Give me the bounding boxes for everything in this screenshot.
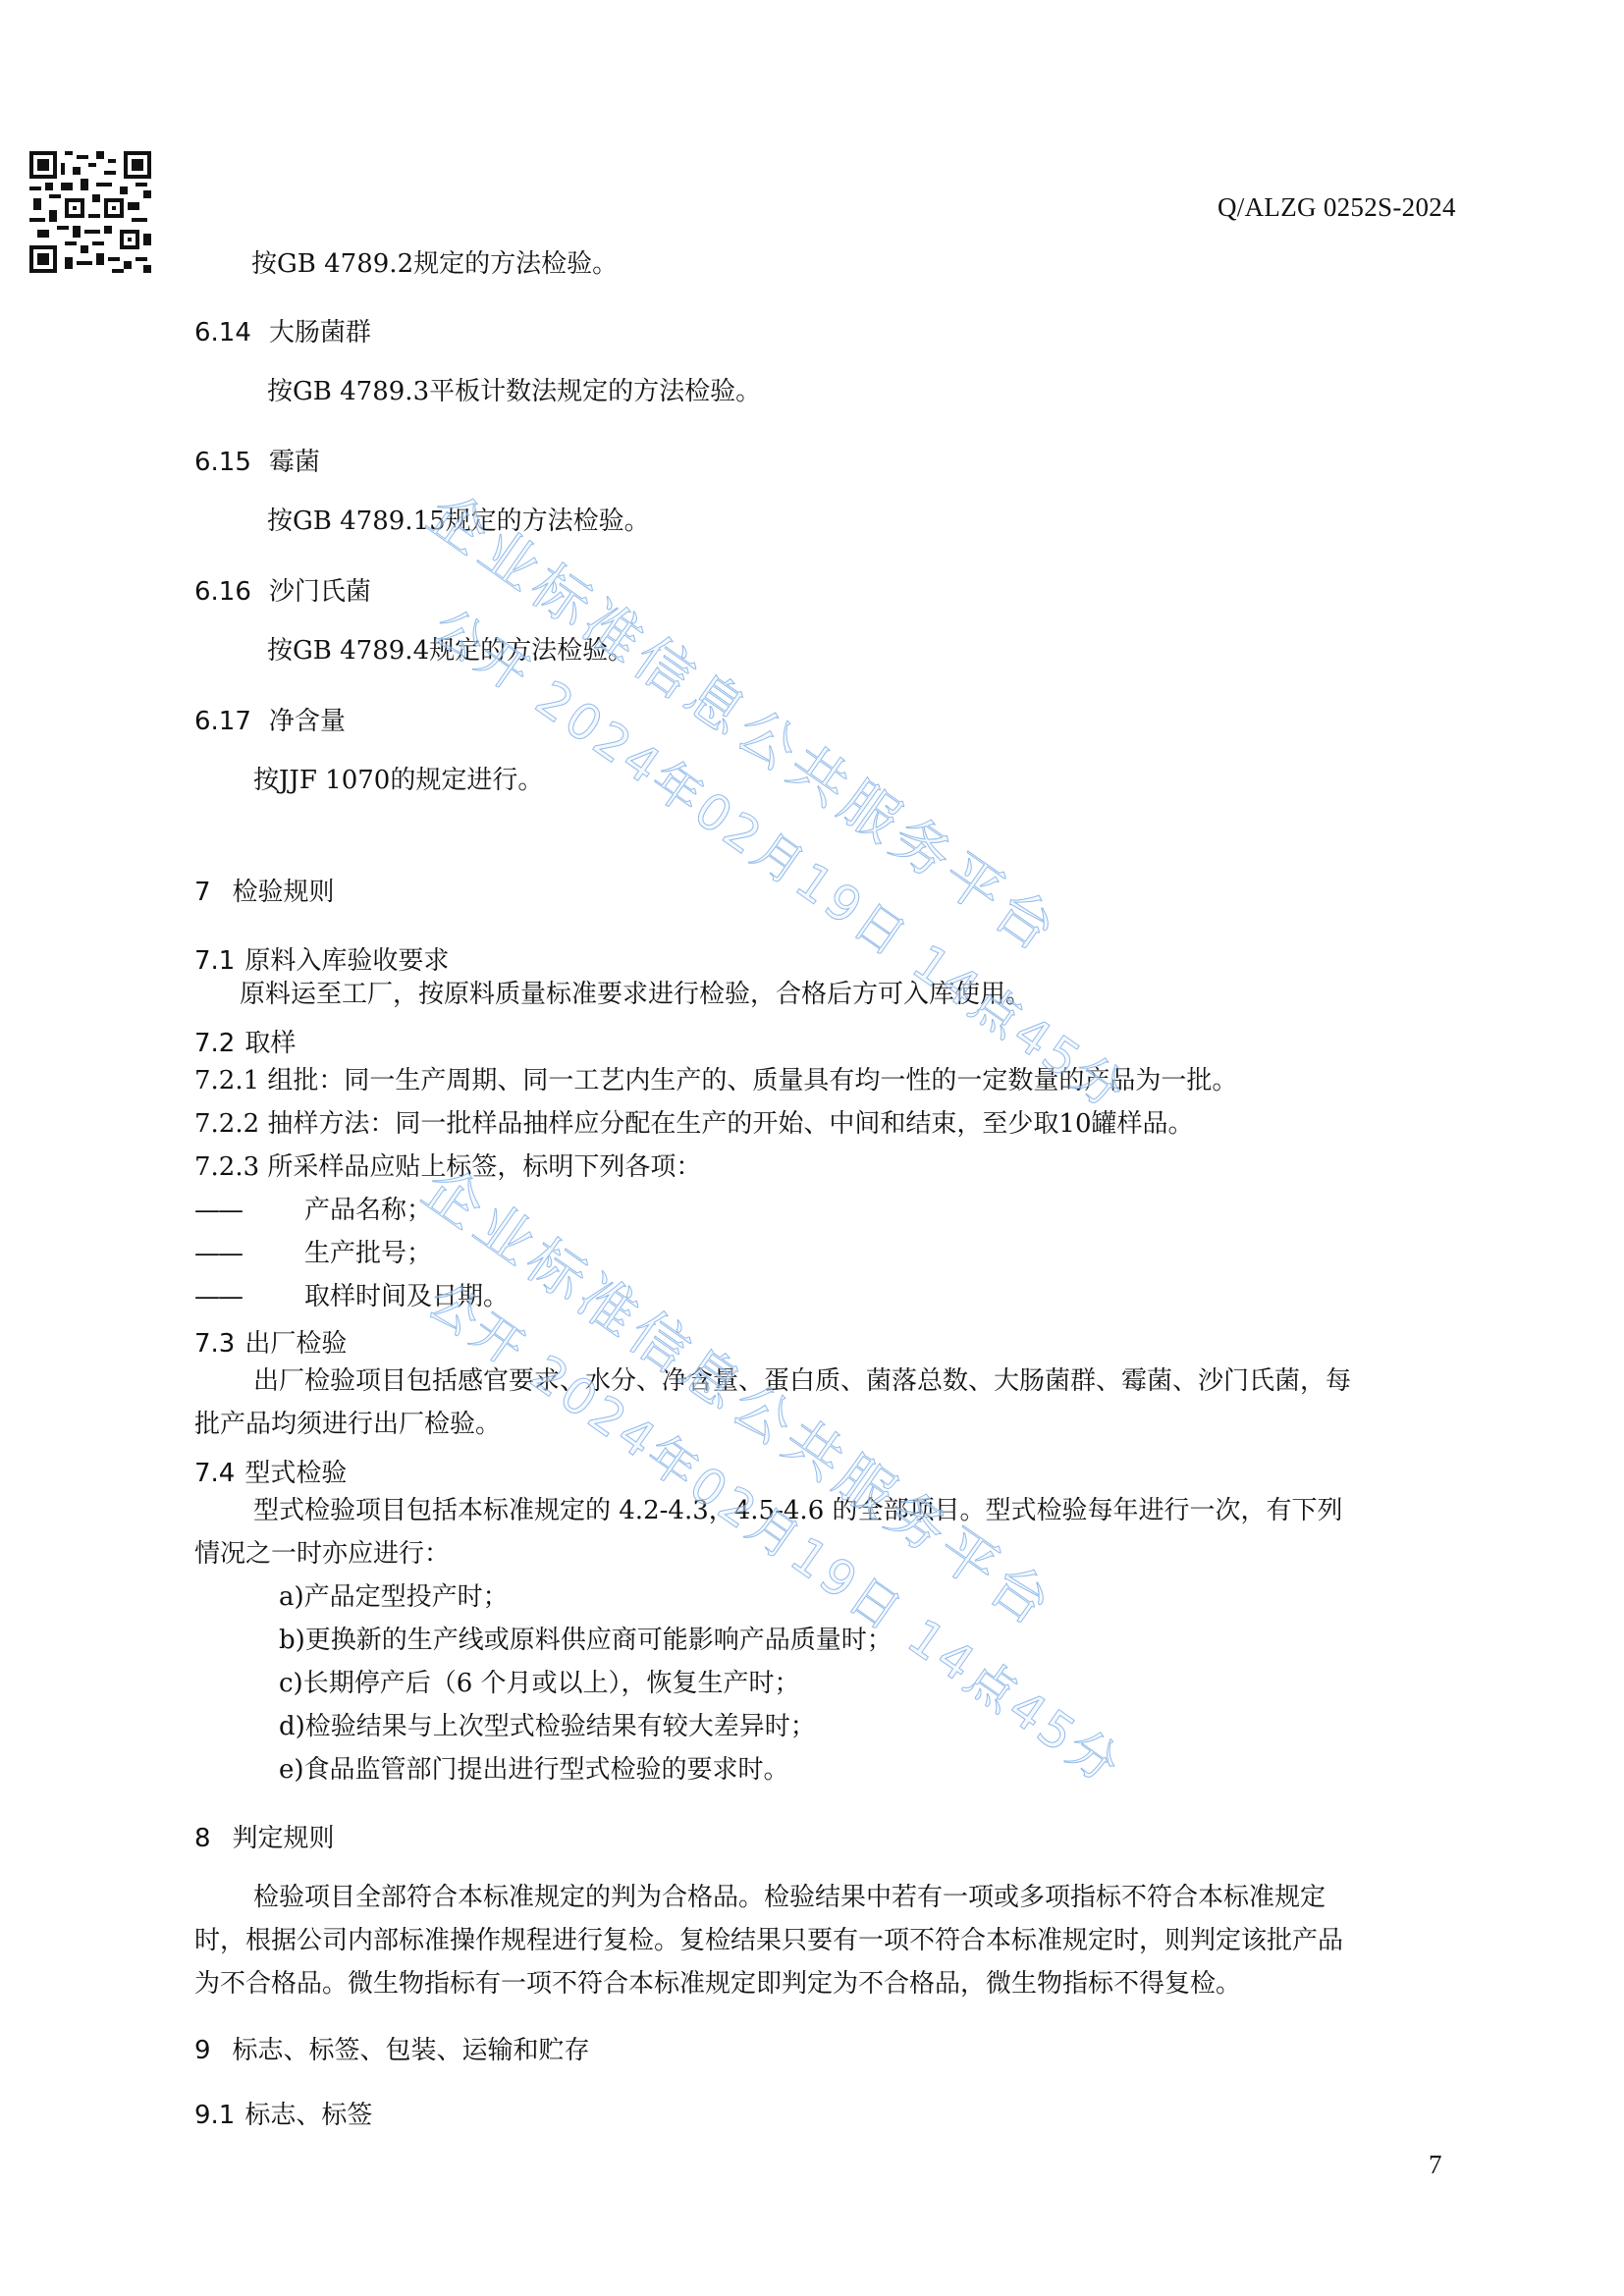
section-6-17-heading: 6.17净含量 <box>194 701 346 737</box>
section-title: 型式检验 <box>244 1459 347 1488</box>
s8-line3: 为不合格品。微生物指标有一项不符合本标准规定即判定为不合格品，微生物指标不得复检… <box>194 1969 1241 1999</box>
section-number: 6.16 <box>194 577 251 607</box>
s7-4-line1: 型式检验项目包括本标准规定的 4.2-4.3，4.5-4.6 的全部项目。型式检… <box>253 1496 1343 1525</box>
section-number: 7 <box>194 878 211 907</box>
s6-15-text: 按GB 4789.15规定的方法检验。 <box>267 507 650 536</box>
s6-16-text: 按GB 4789.4规定的方法检验。 <box>267 636 633 666</box>
standard-code: Q/ALZG 0252S-2024 <box>1218 192 1456 223</box>
s8-line1: 检验项目全部符合本标准规定的判为合格品。检验结果中若有一项或多项指标不符合本标准… <box>253 1883 1326 1912</box>
section-title: 标志、标签、包装、运输和贮存 <box>233 2036 590 2065</box>
s7-4-item-d: d)检验结果与上次型式检验结果有较大差异时； <box>279 1712 816 1741</box>
section-6-16-heading: 6.16沙门氏菌 <box>194 571 371 608</box>
dash-bullet: —— <box>194 1239 304 1268</box>
s8-line2: 时，根据公司内部标准操作规程进行复检。复检结果只要有一项不符合本标准规定时，则判… <box>194 1926 1343 1955</box>
section-title: 原料入库验收要求 <box>244 946 449 976</box>
s6-13-text: 按GB 4789.2规定的方法检验。 <box>251 249 618 279</box>
s7-4-item-a: a)产品定型投产时； <box>279 1582 509 1612</box>
section-7-3-heading: 7.3出厂检验 <box>194 1323 347 1360</box>
section-9-heading: 9标志、标签、包装、运输和贮存 <box>194 2030 590 2066</box>
s7-3-line2: 批产品均须进行出厂检验。 <box>194 1410 501 1439</box>
section-number: 7.4 <box>194 1459 235 1488</box>
section-7-1-heading: 7.1原料入库验收要求 <box>194 940 449 977</box>
section-title: 取样 <box>244 1029 296 1058</box>
s7-2-2-text: 7.2.2 抽样方法：同一批样品抽样应分配在生产的开始、中间和结束，至少取10罐… <box>194 1109 1194 1139</box>
section-9-1-heading: 9.1标志、标签 <box>194 2095 372 2131</box>
section-7-4-heading: 7.4型式检验 <box>194 1453 347 1489</box>
section-7-heading: 7检验规则 <box>194 872 335 908</box>
label-item-text: 产品名称； <box>304 1196 432 1225</box>
section-6-14-heading: 6.14大肠菌群 <box>194 312 371 348</box>
section-number: 6.15 <box>194 448 251 477</box>
s7-2-1-text: 7.2.1 组批：同一生产周期、同一工艺内生产的、质量具有均一性的一定数量的产品… <box>194 1066 1237 1095</box>
s7-4-line2: 情况之一时亦应进行： <box>194 1539 450 1569</box>
s6-17-text: 按JJF 1070的规定进行。 <box>253 766 543 795</box>
section-number: 7.3 <box>194 1329 235 1359</box>
label-item-text: 取样时间及日期。 <box>304 1282 509 1311</box>
section-title: 判定规则 <box>233 1824 335 1853</box>
s6-14-text: 按GB 4789.3平板计数法规定的方法检验。 <box>267 377 761 406</box>
dash-bullet: —— <box>194 1196 304 1225</box>
section-number: 8 <box>194 1824 211 1853</box>
section-7-2-heading: 7.2取样 <box>194 1023 296 1059</box>
page-number: 7 <box>1429 2150 1442 2180</box>
s7-4-item-b: b)更换新的生产线或原料供应商可能影响产品质量时； <box>279 1626 893 1655</box>
watermark-platform-name: 企业标准信息公共服务平台 <box>414 469 1079 969</box>
s7-2-3-text: 7.2.3 所采样品应贴上标签，标明下列各项： <box>194 1152 701 1182</box>
s7-1-text: 原料运至工厂，按原料质量标准要求进行检验，合格后方可入库使用。 <box>240 980 1031 1009</box>
section-number: 9.1 <box>194 2101 235 2130</box>
label-item: ——生产批号； <box>194 1239 432 1268</box>
s7-4-item-e: e)食品监管部门提出进行型式检验的要求时。 <box>279 1755 789 1785</box>
section-title: 标志、标签 <box>244 2101 372 2130</box>
section-8-heading: 8判定规则 <box>194 1818 335 1854</box>
section-title: 检验规则 <box>233 878 335 907</box>
s7-3-line1: 出厂检验项目包括感官要求、水分、净含量、蛋白质、菌落总数、大肠菌群、霉菌、沙门氏… <box>253 1366 1351 1396</box>
label-item: ——产品名称； <box>194 1196 432 1225</box>
section-title: 出厂检验 <box>244 1329 347 1359</box>
section-title: 大肠菌群 <box>269 318 371 347</box>
qr-code-icon <box>26 147 155 277</box>
label-item-text: 生产批号； <box>304 1239 432 1268</box>
section-title: 霉菌 <box>269 448 320 477</box>
section-title: 沙门氏菌 <box>269 577 371 607</box>
section-number: 7.2 <box>194 1029 235 1058</box>
section-number: 7.1 <box>194 946 235 976</box>
s7-4-item-c: c)长期停产后（6 个月或以上），恢复生产时； <box>279 1669 800 1698</box>
dash-bullet: —— <box>194 1282 304 1311</box>
section-number: 6.14 <box>194 318 251 347</box>
label-item: ——取样时间及日期。 <box>194 1282 509 1311</box>
section-6-15-heading: 6.15霉菌 <box>194 442 320 478</box>
watermark-timestamp: 公开 2024年02月19日 14点45分 <box>421 589 1144 1124</box>
section-title: 净含量 <box>269 707 346 736</box>
section-number: 9 <box>194 2036 211 2065</box>
section-number: 6.17 <box>194 707 251 736</box>
